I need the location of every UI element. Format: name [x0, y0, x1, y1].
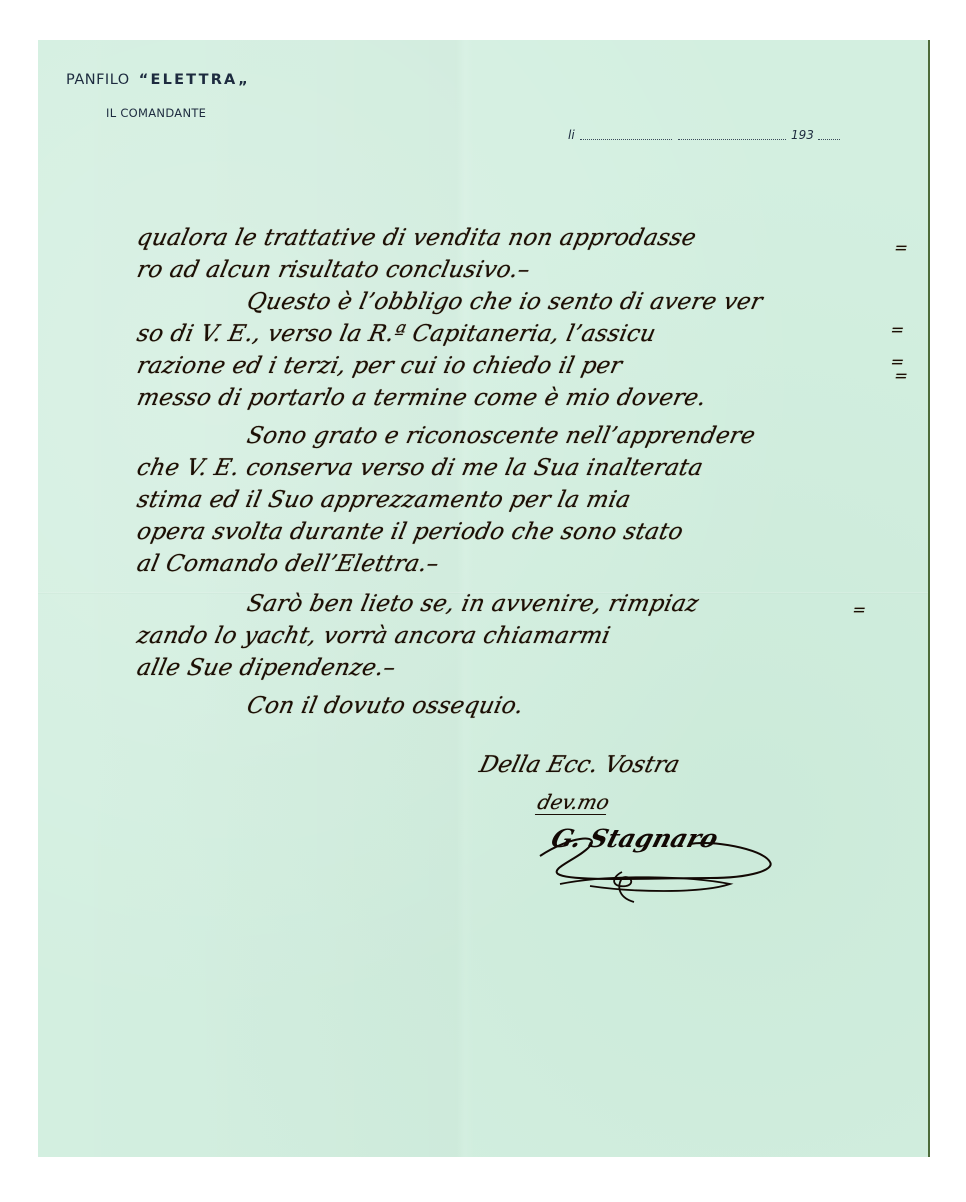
closing-salutation: Della Ecc. Vostra: [477, 752, 683, 778]
letter-line: alle Sue dipendenze.–: [134, 652, 901, 684]
letter-line: ro ad alcun risultato conclusivo.–=: [134, 254, 901, 286]
signature: G. Stagnaro: [530, 818, 780, 908]
letterhead: PANFILO “ELETTRA„ IL COMANDANTE: [66, 72, 250, 88]
signature-name: G. Stagnaro: [548, 824, 722, 853]
letter-line: messo di portarlo a termine come è mio d…: [134, 382, 901, 414]
letter-line: Sono grato e riconoscente nell’apprender…: [134, 420, 901, 452]
letter-body: qualora le trattative di vendita non app…: [134, 222, 894, 722]
closing-devoted: dev.mo: [535, 790, 612, 815]
date-year-prefix: 193: [791, 128, 814, 142]
letter-line: Questo è l’obbligo che io sento di avere…: [134, 286, 901, 318]
letter-line: stima ed il Suo apprezzamento per la mia: [134, 484, 901, 516]
letter-line: qualora le trattative di vendita non app…: [134, 222, 901, 254]
date-line: li 193: [568, 128, 840, 146]
letter-line: al Comando dell’Elettra.–: [134, 548, 901, 580]
vessel-name: “ELETTRA„: [139, 72, 250, 88]
date-blank-day: [678, 139, 786, 140]
date-blank-year: [818, 139, 840, 140]
letter-line: opera svolta durante il periodo che sono…: [134, 516, 901, 548]
letter-line: Con il dovuto ossequio.: [134, 690, 901, 722]
vessel-prefix: PANFILO: [66, 72, 130, 88]
date-place-prefix: li: [568, 128, 575, 142]
letter-line: Sarò ben lieto se, in avvenire, rimpiaz=: [134, 588, 901, 620]
letter-line: razione ed i terzi, per cui io chiedo il…: [134, 350, 901, 382]
letterhead-role: IL COMANDANTE: [106, 106, 206, 120]
letter-line: so di V. E., verso la R.ª Capitaneria, l…: [134, 318, 901, 350]
letter-line: zando lo yacht, vorrà ancora chiamarmi: [134, 620, 901, 652]
letter-line: che V. E. conserva verso di me la Sua in…: [134, 452, 901, 484]
date-blank-place: [580, 139, 672, 140]
letterhead-title: PANFILO “ELETTRA„: [66, 72, 250, 88]
